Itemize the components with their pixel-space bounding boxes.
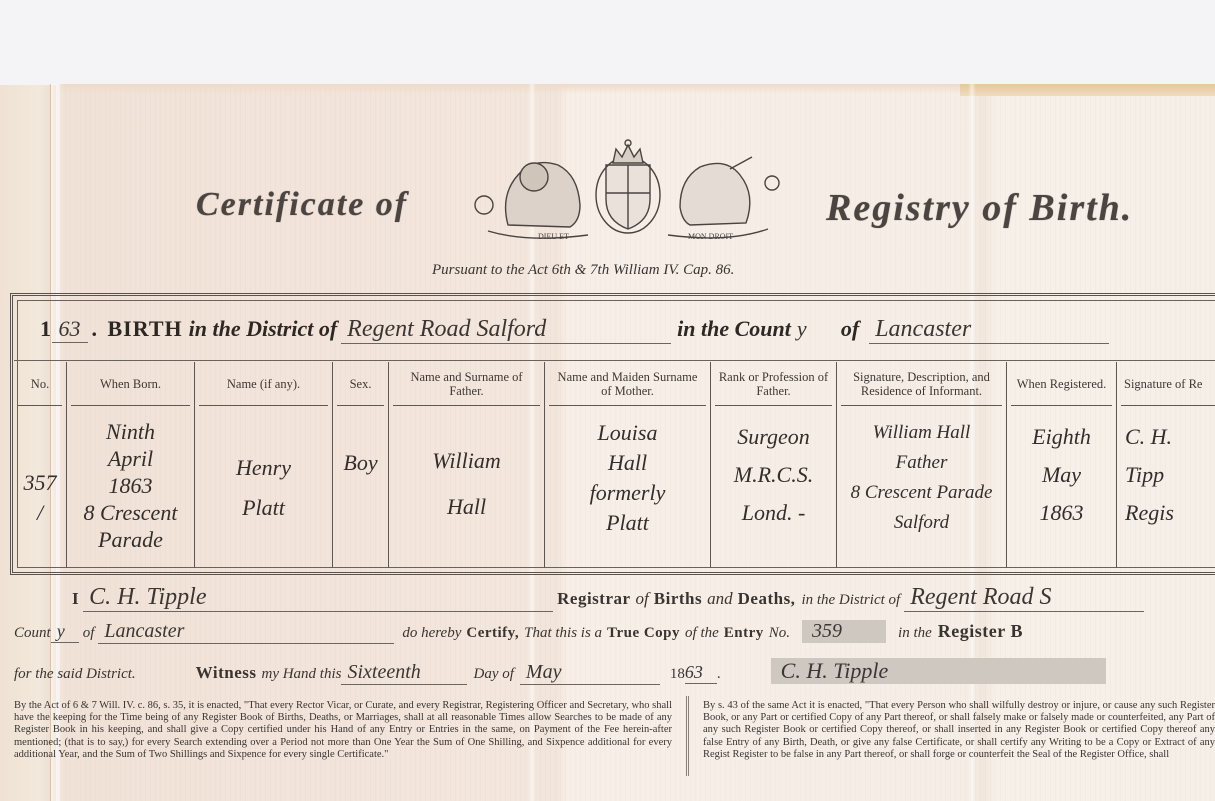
cell-profession: SurgeonM.R.C.S.Lond. - xyxy=(711,414,836,568)
year-prefix: 1 xyxy=(40,316,52,342)
column-sex: Sex. Boy xyxy=(332,362,388,568)
column-when-registered: When Registered. EighthMay1863 xyxy=(1006,362,1116,568)
footnote-divider xyxy=(686,696,689,776)
cell-name: HenryPlatt xyxy=(195,414,332,568)
certify-line: Count y of Lancaster do hereby Certify, … xyxy=(14,620,1023,644)
birth-label: BIRTH xyxy=(108,316,183,342)
certification-district: Regent Road S xyxy=(904,584,1144,612)
column-header: When Born. xyxy=(71,362,190,406)
cell-sex: Boy xyxy=(333,414,388,568)
cell-when-born: NinthApril18638 CrescentParade xyxy=(67,414,194,568)
table-header-rule xyxy=(14,360,1215,361)
district-value: Regent Road Salford xyxy=(341,316,671,344)
witness-line: for the said District. Witness my Hand t… xyxy=(14,658,1106,685)
column-when-born: When Born. NinthApril18638 CrescentParad… xyxy=(66,362,194,568)
cell-when-registered: EighthMay1863 xyxy=(1007,414,1116,568)
cell-informant: William HallFather8 Crescent ParadeSalfo… xyxy=(837,414,1006,568)
registrar-name: C. H. Tipple xyxy=(83,584,553,612)
column-no: No. 357/ xyxy=(14,362,66,568)
year-handwritten: 63 xyxy=(52,316,88,343)
cell-no: 357/ xyxy=(14,414,66,568)
footnote-section-35: By the Act of 6 & 7 Will. IV. c. 86, s. … xyxy=(14,700,672,761)
certification-county: Lancaster xyxy=(98,620,394,644)
entry-number: 359 xyxy=(802,620,886,643)
svg-text:DIEU ET: DIEU ET xyxy=(538,232,569,241)
registrar-signature: C. H. Tipple xyxy=(771,658,1106,684)
cell-father: WilliamHall xyxy=(389,414,544,568)
column-header: Sex. xyxy=(337,362,384,406)
column-header: Signature, Description, and Residence of… xyxy=(841,362,1002,406)
county-label: in the Count xyxy=(677,316,791,342)
county-suffix: y xyxy=(791,316,831,342)
column-header: Signature of Re xyxy=(1121,362,1215,406)
column-header: No. xyxy=(18,362,62,406)
entry-header-line: 1 63 . BIRTH in the District of Regent R… xyxy=(40,316,1215,356)
pursuant-act-line: Pursuant to the Act 6th & 7th William IV… xyxy=(432,262,734,279)
column-informant: Signature, Description, and Residence of… xyxy=(836,362,1006,568)
royal-coat-of-arms-icon: DIEU ET MON DROIT xyxy=(468,135,786,243)
paper-top-edge xyxy=(960,84,1215,96)
column-header: When Registered. xyxy=(1011,362,1112,406)
year-value: 63 xyxy=(685,662,717,684)
cell-registrar-signature: C. H.TippRegis xyxy=(1117,414,1215,568)
certificate-title-left: Certificate of xyxy=(196,186,408,224)
footnote-section-43: By s. 43 of the same Act it is enacted, … xyxy=(703,700,1215,761)
column-header: Name and Maiden Surname of Mother. xyxy=(549,362,706,406)
district-label: in the District of xyxy=(189,316,338,342)
registrar-line: I C. H. Tipple Registrar of Births and D… xyxy=(72,584,1144,612)
column-header: Rank or Profession of Father. xyxy=(715,362,832,406)
certificate-title-right: Registry of Birth. xyxy=(826,186,1133,230)
month-value: May xyxy=(520,661,660,685)
column-father: Name and Surname of Father. WilliamHall xyxy=(388,362,544,568)
column-name: Name (if any). HenryPlatt xyxy=(194,362,332,568)
day-value: Sixteenth xyxy=(341,661,467,685)
of-label: of xyxy=(841,316,859,342)
column-header: Name and Surname of Father. xyxy=(393,362,540,406)
cell-mother: LouisaHallformerlyPlatt xyxy=(545,414,710,568)
column-profession: Rank or Profession of Father. SurgeonM.R… xyxy=(710,362,836,568)
column-registrar-signature: Signature of Re C. H.TippRegis xyxy=(1116,362,1215,568)
svg-text:MON DROIT: MON DROIT xyxy=(688,232,733,241)
column-header: Name (if any). xyxy=(199,362,328,406)
column-mother: Name and Maiden Surname of Mother. Louis… xyxy=(544,362,710,568)
county-value: Lancaster xyxy=(869,316,1109,344)
